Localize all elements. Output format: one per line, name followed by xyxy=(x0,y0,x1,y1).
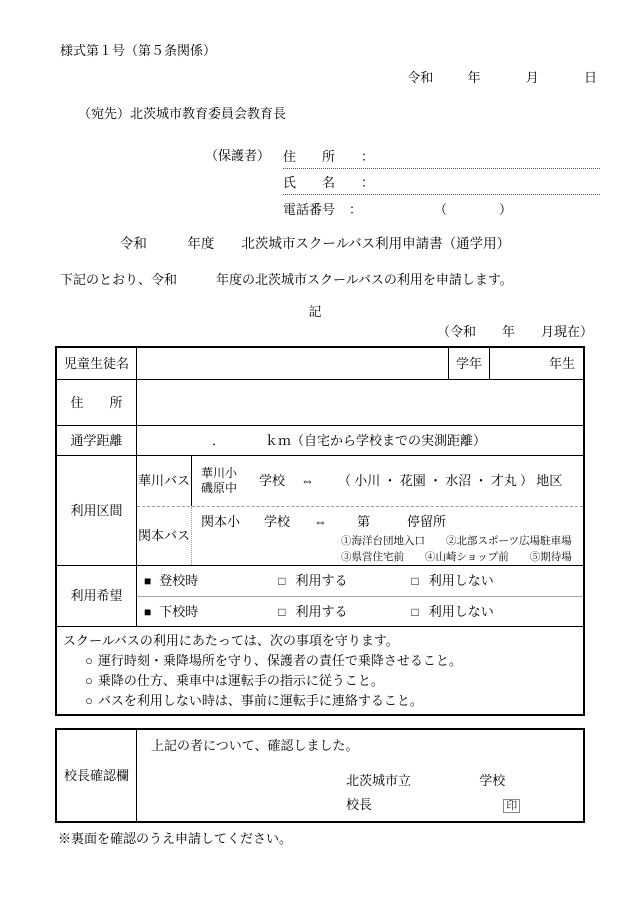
wish-row-morning: ■ 登校時 □ 利用する □ 利用しない xyxy=(137,566,583,596)
not-use-checkbox-icon: □ xyxy=(412,603,419,621)
school-suffix: 学校 xyxy=(479,773,505,788)
date-era-label: 令和 xyxy=(407,70,433,85)
rule-text: バスを利用しない時は、事前に運転手に連絡すること。 xyxy=(98,693,423,708)
not-use-checkbox-icon: □ xyxy=(412,572,419,590)
sekimoto-arrow-icon: ⇔ xyxy=(314,513,327,531)
rules-row: スクールバスの利用にあたっては、次の事項を守ります。 ○運行時刻・乗降場所を守り… xyxy=(57,626,583,714)
date-line: 令和 年 月 日 xyxy=(0,69,630,87)
phone-paren-open: （ xyxy=(434,201,447,219)
wish-row-afternoon: ■ 下校時 □ 利用する □ 利用しない xyxy=(137,596,583,626)
sekimoto-school: 関本小 xyxy=(201,513,240,531)
hanakawa-school-suffix: 学校 xyxy=(259,472,285,490)
hanakawa-route: 華川小 磯原中 学校 ⇔ （ 小川 ・ 花園 ・ 水沼 ・ 才丸 ） 地区 xyxy=(192,456,583,506)
principal-confirmation-label: 校長確認欄 xyxy=(57,730,137,821)
guardian-label: （保護者） xyxy=(205,143,283,221)
application-sentence: 下記のとおり、令和 年度の北茨城市スクールバスの利用を申請します。 xyxy=(60,271,630,289)
rule-item: ○バスを利用しない時は、事前に運転手に連絡すること。 xyxy=(85,691,575,711)
confirmation-school-line: 北茨城市立 学校 xyxy=(346,772,583,790)
address-field xyxy=(137,380,583,425)
route-section-label: 利用区間 xyxy=(57,456,137,565)
sekimoto-school-suffix: 学校 xyxy=(264,513,290,531)
address-label: 住 所 xyxy=(57,380,137,425)
principal-confirmation-table: 校長確認欄 上記の者について、確認しました。 北茨城市立 学校 校長 印 xyxy=(55,728,585,823)
sekimoto-stops-line-2: ③県営住宅前 ④山崎ショップ前 ⑤期待場 xyxy=(341,550,572,566)
guardian-name-label: 氏 名 ： xyxy=(283,174,374,192)
hanakawa-bus-label: 華川バス xyxy=(137,456,192,506)
sekimoto-route: 関本小 学校 ⇔ 第 停留所 ①海洋台団地入口 ②北部スポーツ広場駐車場 ③県営… xyxy=(192,507,572,565)
rule-text: 運行時刻・乗降場所を守り、保護者の責任で乗降させること。 xyxy=(98,653,462,668)
usage-wish-label: 利用希望 xyxy=(57,566,137,626)
seal-mark-icon: 印 xyxy=(503,799,520,813)
hanakawa-school-2: 磯原中 xyxy=(201,481,237,496)
rules-intro: スクールバスの利用にあたっては、次の事項を守ります。 xyxy=(63,631,575,651)
date-month-label: 月 xyxy=(526,70,539,85)
hanakawa-bus-row: 華川バス 華川小 磯原中 学校 ⇔ （ 小川 ・ 花園 ・ 水沼 ・ 才丸 ） … xyxy=(137,456,583,506)
city-school-prefix: 北茨城市立 xyxy=(346,773,411,788)
phone-paren-close: ） xyxy=(499,201,512,219)
principal-confirmation-content: 上記の者について、確認しました。 北茨城市立 学校 校長 印 xyxy=(137,730,583,821)
principal-label: 校長 xyxy=(346,797,372,812)
phone-colon: ： xyxy=(349,201,362,219)
date-day-label: 日 xyxy=(584,70,597,85)
distance-row: 通学距離 ． ｋｍ（自宅から学校までの実測距離） xyxy=(57,425,583,455)
distance-field: ． ｋｍ（自宅から学校までの実測距離） xyxy=(137,426,583,455)
sekimoto-bus-label: 関本バス xyxy=(137,507,192,565)
use-checkbox-icon: □ xyxy=(278,572,285,590)
morning-label: 登校時 xyxy=(159,572,198,590)
sekimoto-route-line: 関本小 学校 ⇔ 第 停留所 xyxy=(201,513,572,531)
student-name-field xyxy=(137,348,448,379)
usage-wish-content: ■ 登校時 □ 利用する □ 利用しない ■ 下校時 □ 利用する □ 利用しな… xyxy=(137,566,583,626)
sekimoto-stop-number-label: 第 xyxy=(357,513,370,531)
afternoon-label: 下校時 xyxy=(159,603,198,621)
sekimoto-stop-list: ①海洋台団地入口 ②北部スポーツ広場駐車場 ③県営住宅前 ④山崎ショップ前 ⑤期… xyxy=(341,534,572,566)
rule-item: ○乗降の仕方、乗車中は運転手の指示に従うこと。 xyxy=(85,671,575,691)
use-label: 利用する xyxy=(296,572,348,590)
filled-square-icon: ■ xyxy=(144,603,151,621)
not-use-label: 利用しない xyxy=(429,603,494,621)
document-page: 様式第１号（第５条関係） 令和 年 月 日 （宛先）北茨城市教育委員会教育長 （… xyxy=(0,0,630,903)
circle-bullet-icon: ○ xyxy=(85,673,93,688)
route-section-content: 華川バス 華川小 磯原中 学校 ⇔ （ 小川 ・ 花園 ・ 水沼 ・ 才丸 ） … xyxy=(137,456,583,565)
circle-bullet-icon: ○ xyxy=(85,693,93,708)
guardian-block: （保護者） 住 所 ： 氏 名 ： 電話番号 ： （ ） xyxy=(205,143,630,221)
hanakawa-arrow-icon: ⇔ xyxy=(301,472,314,490)
form-number: 様式第１号（第５条関係） xyxy=(60,42,630,60)
grade-suffix: 年生 xyxy=(490,348,583,379)
use-checkbox-icon: □ xyxy=(278,603,285,621)
use-label: 利用する xyxy=(296,603,348,621)
hanakawa-schools: 華川小 磯原中 xyxy=(201,466,237,496)
grade-label: 学年 xyxy=(448,348,490,379)
hanakawa-school-1: 華川小 xyxy=(201,466,237,481)
sekimoto-bus-row: 関本バス 関本小 学校 ⇔ 第 停留所 ①海洋台団地入口 ②北部スポーツ広場駐車… xyxy=(137,506,583,565)
footer-note: ※裏面を確認のうえ申請してください。 xyxy=(58,830,630,848)
hanakawa-districts: （ 小川 ・ 花園 ・ 水沼 ・ 才丸 ） 地区 xyxy=(338,472,562,490)
as-of-date: （令和 年 月現在） xyxy=(0,323,630,341)
guardian-phone-line: 電話番号 ： （ ） xyxy=(283,195,600,221)
distance-label: 通学距離 xyxy=(57,426,137,455)
not-use-label: 利用しない xyxy=(429,572,494,590)
guardian-name-line: 氏 名 ： xyxy=(283,169,600,195)
guardian-address-label: 住 所 ： xyxy=(283,148,374,166)
guardian-address-line: 住 所 ： xyxy=(283,143,600,169)
circle-bullet-icon: ○ xyxy=(85,653,93,668)
sekimoto-stops-line-1: ①海洋台団地入口 ②北部スポーツ広場駐車場 xyxy=(341,534,572,550)
rule-item: ○運行時刻・乗降場所を守り、保護者の責任で乗降させること。 xyxy=(85,651,575,671)
distance-decimal-point: ． xyxy=(212,432,225,450)
confirmation-principal-line: 校長 印 xyxy=(346,796,583,815)
ki-heading: 記 xyxy=(0,303,630,321)
confirmation-statement: 上記の者について、確認しました。 xyxy=(151,737,583,755)
student-name-row: 児童生徒名 学年 年生 xyxy=(57,348,583,379)
address-row: 住 所 xyxy=(57,379,583,425)
rule-text: 乗降の仕方、乗車中は運転手の指示に従うこと。 xyxy=(98,673,384,688)
document-title: 令和 年度 北茨城市スクールバス利用申請書（通学用） xyxy=(0,235,630,253)
application-table: 児童生徒名 学年 年生 住 所 通学距離 ． ｋｍ（自宅から学校までの実測距離）… xyxy=(55,346,585,716)
guardian-lines: 住 所 ： 氏 名 ： 電話番号 ： （ ） xyxy=(283,143,600,221)
sekimoto-stop-suffix: 停留所 xyxy=(407,513,446,531)
filled-square-icon: ■ xyxy=(144,572,151,590)
guardian-phone-label: 電話番号 xyxy=(283,201,335,219)
route-section-row: 利用区間 華川バス 華川小 磯原中 学校 ⇔ （ 小川 ・ 花園 ・ 水沼 ・ … xyxy=(57,455,583,565)
addressee: （宛先）北茨城市教育委員会教育長 xyxy=(78,105,630,123)
distance-unit: ｋｍ（自宅から学校までの実測距離） xyxy=(265,432,486,450)
usage-wish-row: 利用希望 ■ 登校時 □ 利用する □ 利用しない ■ 下校時 □ 利用する □… xyxy=(57,565,583,626)
student-name-label: 児童生徒名 xyxy=(57,348,137,379)
date-year-label: 年 xyxy=(467,70,480,85)
